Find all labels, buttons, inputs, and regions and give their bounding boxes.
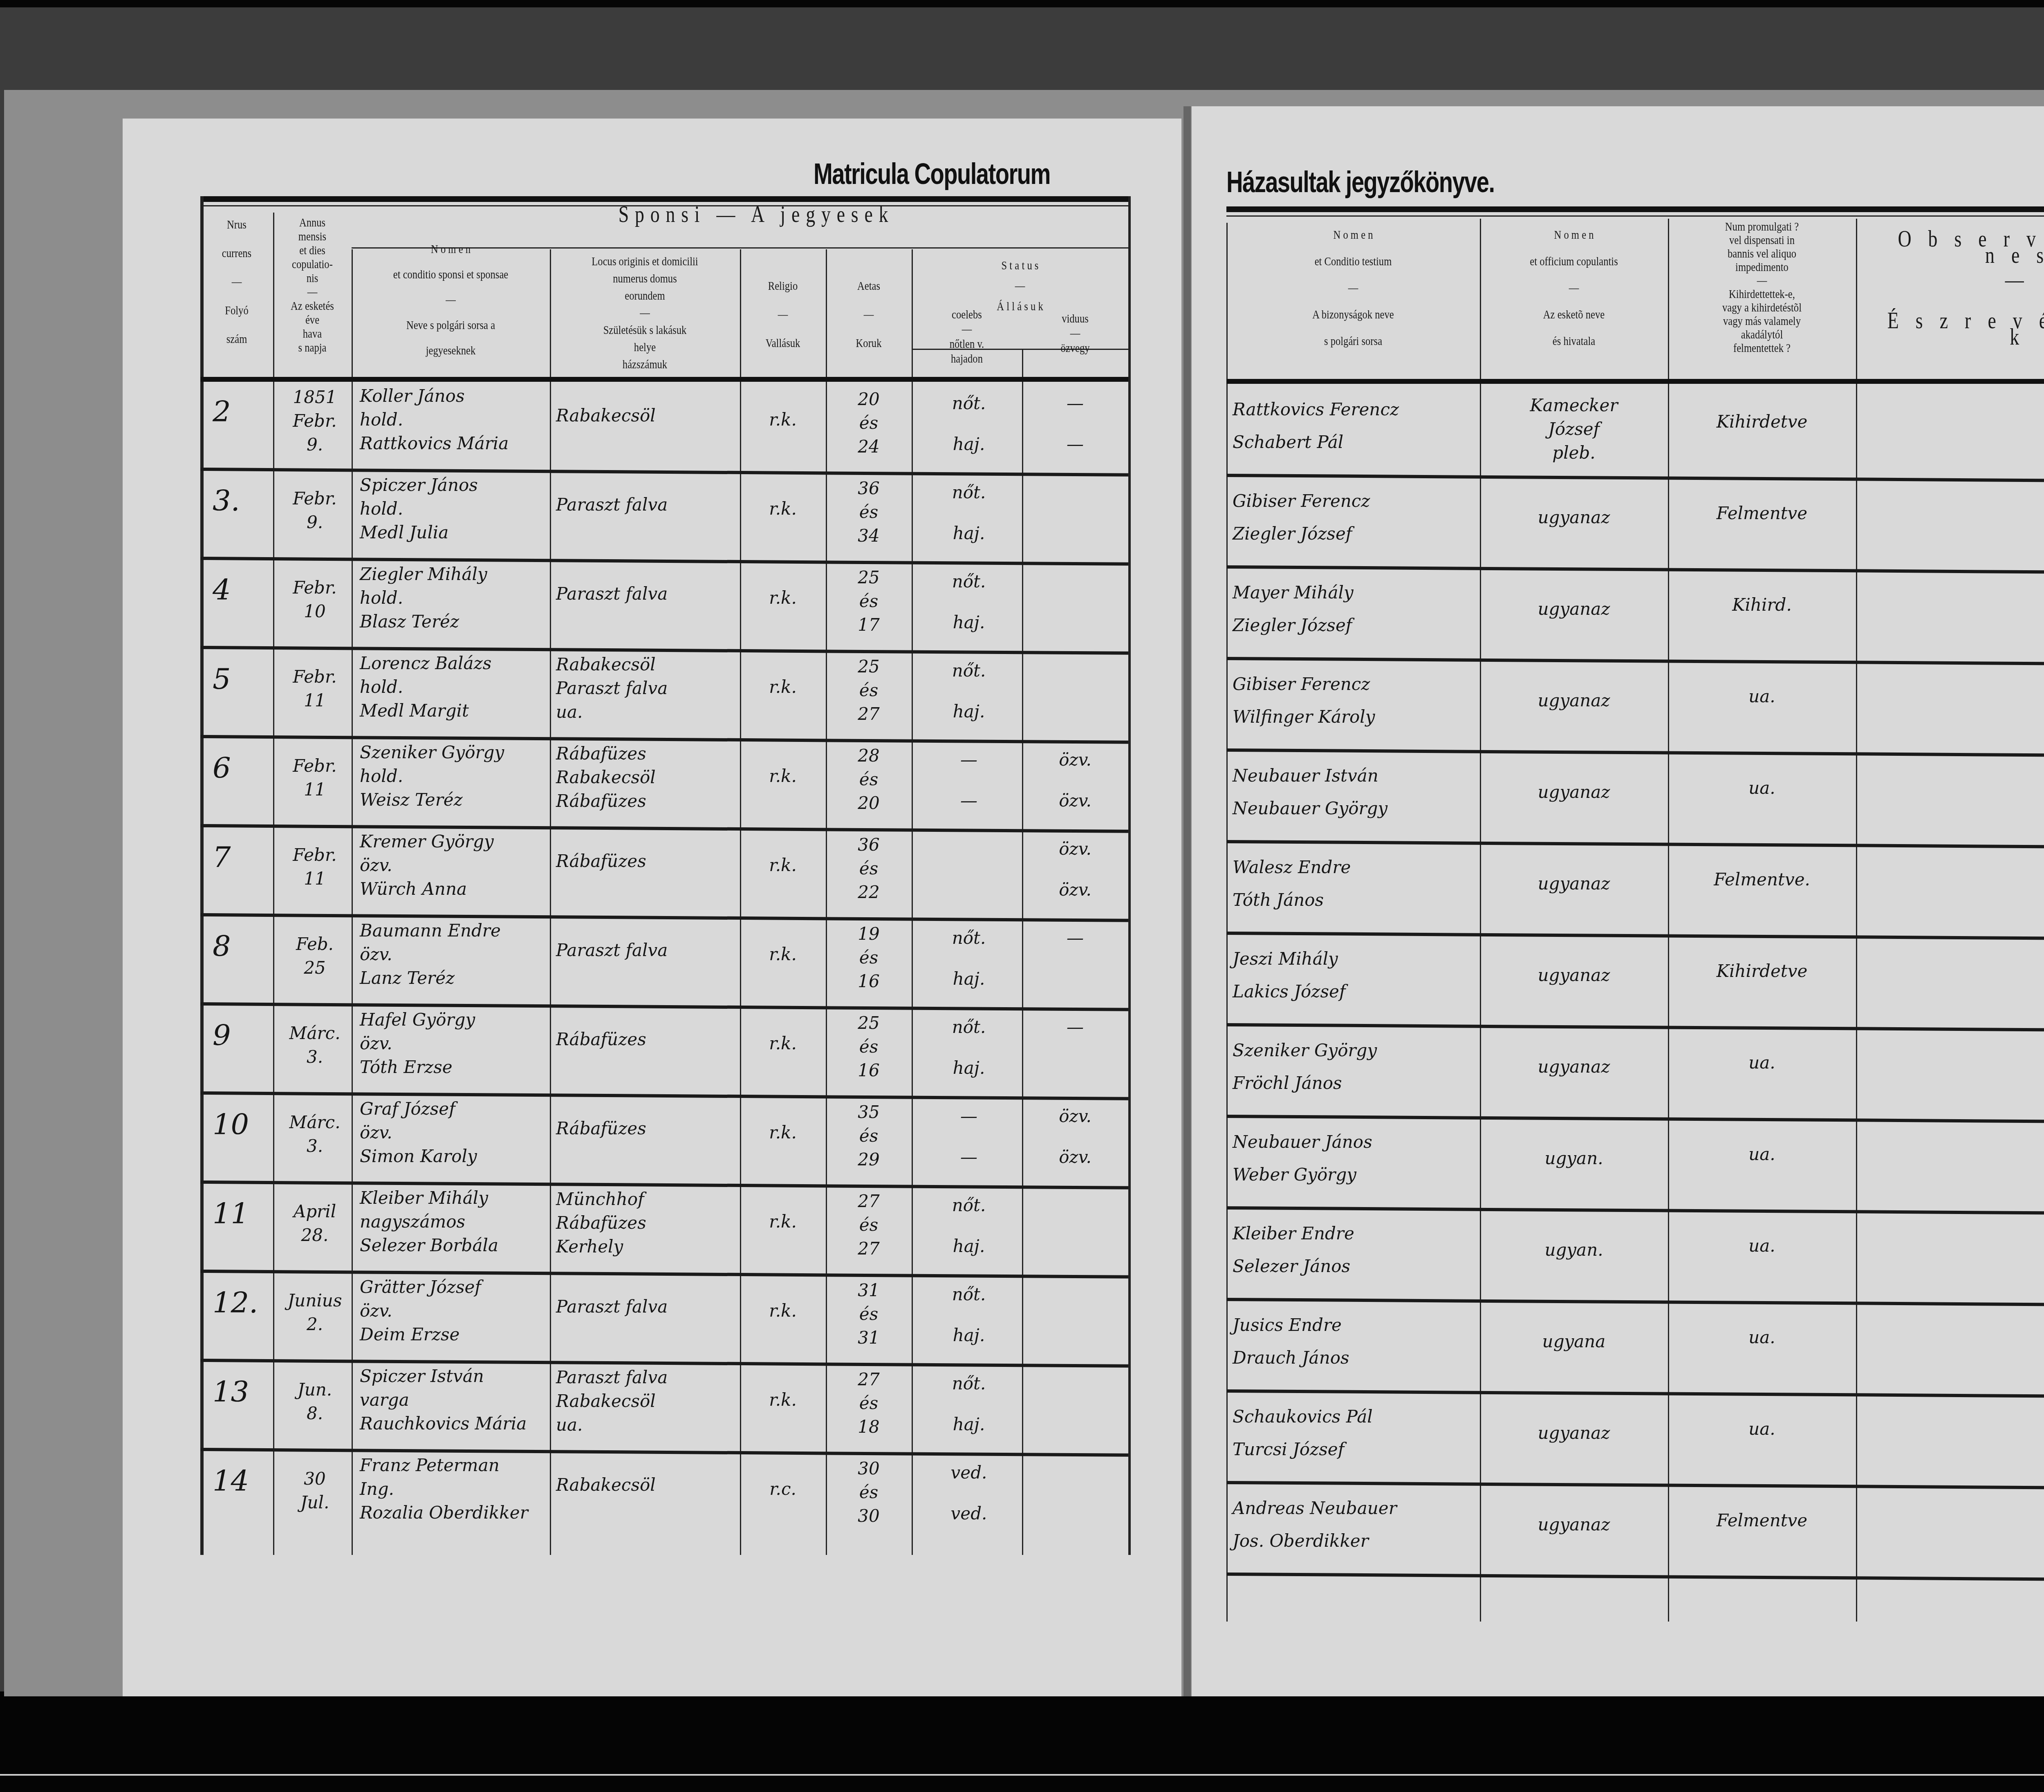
witness-names: Weber György — [1233, 1164, 1478, 1186]
status-single: haj. — [916, 968, 1022, 990]
status-single: nőt. — [916, 927, 1022, 949]
religion: r.k. — [744, 676, 822, 698]
column-header-viduus: — — [1031, 325, 1118, 342]
right-page-title: Házasultak jegyzőkönyve. — [1226, 166, 1494, 199]
origin-domicile: Rabakecsöl — [556, 1474, 736, 1496]
witness-names: Schaukovics Pál — [1233, 1406, 1478, 1428]
column-header-aetas: — — [834, 307, 904, 323]
column-header-name: et conditio sponsi et sponsae — [370, 267, 532, 283]
origin-domicile: ua. — [556, 701, 736, 723]
column-header-name: Neve s polgári sorsa a — [370, 317, 532, 334]
spouse-names: Rauchkovics Mária — [360, 1413, 548, 1435]
column-header-locus: numerus domus — [567, 271, 723, 287]
column-header-date: s napja — [280, 340, 344, 356]
banns-status: Kihirdetve — [1672, 960, 1852, 982]
marriage-date: Febr. — [282, 488, 347, 510]
spouse-names: Graf József — [360, 1098, 548, 1120]
ages: 27 — [830, 703, 908, 725]
observations-cell — [1860, 573, 2044, 665]
ages: 36 — [830, 834, 908, 856]
origin-domicile: Paraszt falva — [556, 677, 736, 699]
column-header-nr: Nrus — [207, 217, 267, 233]
officiant: ugyana — [1484, 1331, 1664, 1353]
banns-status: ua. — [1672, 777, 1852, 799]
spouse-names: Lanz Teréz — [360, 967, 548, 989]
column-header-religio: Religio — [748, 278, 818, 294]
ages: és — [830, 1036, 908, 1058]
observations-cell — [1860, 482, 2044, 573]
spouse-names: hold. — [360, 676, 548, 698]
marriage-date: Márc. — [282, 1111, 347, 1133]
spouse-names: özv. — [360, 854, 548, 876]
right-column-header-promulgati: felmentettek ? — [1685, 340, 1839, 356]
entry-number: 6 — [213, 757, 231, 779]
officiant: ugyanaz — [1484, 873, 1664, 895]
marriage-date: Jul. — [282, 1492, 347, 1514]
left-page-title: Matricula Copulatorum — [814, 157, 1050, 191]
origin-domicile: Rabakecsöl — [556, 405, 736, 427]
witness-names: Jeszi Mihály — [1233, 948, 1478, 970]
witness-names: Turcsi József — [1233, 1438, 1478, 1460]
column-header-aetas: Koruk — [834, 335, 904, 352]
entry-number: 7 — [213, 846, 231, 868]
ages: és — [830, 768, 908, 791]
observations-cell — [1860, 1489, 2044, 1581]
entry-number: 8 — [213, 935, 231, 957]
marriage-date: 11 — [282, 868, 347, 890]
origin-domicile: Paraszt falva — [556, 939, 736, 961]
status-single: nőt. — [916, 660, 1022, 682]
entry-number: 5 — [213, 668, 231, 690]
officiant: Kamecker — [1484, 394, 1664, 417]
ages: és — [830, 1303, 908, 1325]
witness-names: Ziegler József — [1233, 614, 1478, 636]
ages: 25 — [830, 656, 908, 678]
status-widowed: özv. — [1024, 1105, 1126, 1127]
origin-domicile: Rábafüzes — [556, 1212, 736, 1234]
spouse-names: Blasz Teréz — [360, 611, 548, 633]
spouse-names: Kleiber Mihály — [360, 1187, 548, 1209]
banns-status: ua. — [1672, 1326, 1852, 1348]
officiant: pleb. — [1484, 442, 1664, 464]
column-header-coelebs: — — [921, 321, 1012, 338]
banns-status: Felmentve — [1672, 1510, 1852, 1532]
column-header-nr: currens — [207, 245, 267, 262]
ages: és — [830, 412, 908, 434]
ages: 30 — [830, 1505, 908, 1527]
spouse-names: Ziegler Mihály — [360, 563, 548, 585]
right-column-header-copulans: Az esketõ neve — [1497, 307, 1651, 323]
marriage-date: Febr. — [282, 666, 347, 688]
status-single: ved. — [916, 1462, 1022, 1484]
column-header-locus: házszámuk — [567, 356, 723, 373]
right-column-header-testes: — — [1249, 280, 1457, 296]
observations-cell — [1860, 390, 2044, 482]
witness-names: Neubauer János — [1233, 1131, 1478, 1153]
witness-names: Lakics József — [1233, 981, 1478, 1003]
marriage-date: 28. — [282, 1224, 347, 1246]
spouse-names: nagyszámos — [360, 1211, 548, 1233]
origin-domicile: Paraszt falva — [556, 583, 736, 605]
marriage-date: 3. — [282, 1135, 347, 1157]
column-header-viduus: viduus — [1031, 311, 1118, 327]
religion: r.k. — [744, 943, 822, 965]
marriage-date: 10 — [282, 600, 347, 623]
witness-names: Andreas Neubauer — [1233, 1497, 1478, 1519]
ages: és — [830, 1214, 908, 1236]
entry-number: 14 — [213, 1470, 249, 1492]
right-header-rule-thin — [1226, 215, 2044, 217]
column-header-status: S t a t u s — [931, 258, 1109, 274]
sponsi-header: Sponsi — A jegyesek — [572, 206, 941, 223]
right-column-header-observationes: O b s e r v a t i o n e s — [1885, 231, 2044, 264]
origin-domicile: Paraszt falva — [556, 1366, 736, 1389]
origin-domicile: Kerhely — [556, 1236, 736, 1258]
status-widowed: özv. — [1024, 838, 1126, 860]
religion: r.k. — [744, 1389, 822, 1411]
officiant: ugyanaz — [1484, 781, 1664, 803]
right-column-header-testes: N o m e n — [1249, 227, 1457, 243]
column-header-name: jegyeseknek — [370, 343, 532, 359]
entry-number: 4 — [213, 579, 231, 601]
ages: 35 — [830, 1101, 908, 1123]
officiant: ugyanaz — [1484, 1514, 1664, 1536]
religion: r.k. — [744, 1300, 822, 1322]
entry-number: 2 — [213, 401, 231, 423]
officiant: ugyanaz — [1484, 690, 1664, 712]
marriage-date: Feb. — [282, 933, 347, 955]
banns-status: Kihirdetve — [1672, 411, 1852, 433]
column-header-religio: Vallásuk — [748, 335, 818, 352]
spouse-names: Selezer Borbála — [360, 1234, 548, 1257]
officiant: ugyan. — [1484, 1239, 1664, 1261]
spouse-names: Würch Anna — [360, 878, 548, 900]
observations-cell — [1860, 665, 2044, 757]
header-rule — [200, 196, 1128, 202]
book-gutter — [1183, 106, 1191, 1696]
status-widowed: — — [1024, 927, 1126, 949]
spouse-names: Franz Peterman — [360, 1454, 548, 1476]
ages: 25 — [830, 1012, 908, 1034]
ages: 28 — [830, 745, 908, 767]
witness-names: Jusics Endre — [1233, 1314, 1478, 1336]
marriage-date: 2. — [282, 1313, 347, 1335]
banns-status: ua. — [1672, 1052, 1852, 1074]
column-header-coelebs: nőtlen v. — [921, 336, 1012, 352]
marriage-date: Jun. — [282, 1379, 347, 1401]
ages: és — [830, 947, 908, 969]
spouse-names: Szeniker György — [360, 741, 548, 764]
column-header-locus: helye — [567, 339, 723, 356]
column-header-aetas: Aetas — [834, 278, 904, 294]
spouse-names: Baumann Endre — [360, 920, 548, 942]
ages: és — [830, 1392, 908, 1414]
spouse-names: Rattkovics Mária — [360, 432, 548, 455]
banns-status: Felmentve — [1672, 502, 1852, 524]
marriage-date: 25 — [282, 957, 347, 979]
spouse-names: Grätter József — [360, 1276, 548, 1298]
marriage-date: 11 — [282, 690, 347, 712]
ages: és — [830, 858, 908, 880]
status-widowed: özv. — [1024, 879, 1126, 901]
banns-status: ua. — [1672, 1143, 1852, 1165]
ages: és — [830, 1481, 908, 1503]
status-single: — — [916, 790, 1022, 812]
religion: r.k. — [744, 1033, 822, 1055]
religion: r.k. — [744, 587, 822, 609]
right-header-rule — [1226, 206, 2044, 212]
ages: 22 — [830, 881, 908, 903]
status-single: haj. — [916, 701, 1022, 723]
status-widowed: özv. — [1024, 790, 1126, 812]
officiant: ugyanaz — [1484, 1056, 1664, 1078]
spouse-names: varga — [360, 1389, 548, 1411]
observations-cell — [1860, 1306, 2044, 1398]
column-header-viduus: özvegy — [1031, 340, 1118, 356]
origin-domicile: Rábafüzes — [556, 1118, 736, 1140]
religion: r.c. — [744, 1478, 822, 1500]
ages: 16 — [830, 1060, 908, 1082]
witness-names: Drauch János — [1233, 1347, 1478, 1369]
marriage-date: 1851 — [282, 386, 347, 408]
witness-names: Neubauer György — [1233, 797, 1478, 820]
origin-domicile: Paraszt falva — [556, 494, 736, 516]
officiant: ugyanaz — [1484, 506, 1664, 529]
marriage-date: Junius — [282, 1290, 347, 1312]
spouse-names: Medl Julia — [360, 522, 548, 544]
right-column-header-observationes: — — [1885, 272, 2044, 288]
origin-domicile: Rábafüzes — [556, 1028, 736, 1051]
column-header-nr: szám — [207, 331, 267, 347]
status-single: nőt. — [916, 482, 1022, 504]
spouse-names: Lorencz Balázs — [360, 652, 548, 674]
spouse-names: Spiczer János — [360, 474, 548, 496]
ages: 36 — [830, 477, 908, 500]
entry-number: 11 — [213, 1203, 249, 1225]
ages: 25 — [830, 567, 908, 589]
column-header-status: — — [931, 278, 1109, 294]
marriage-date: 11 — [282, 779, 347, 801]
spouse-names: Medl Margit — [360, 700, 548, 722]
origin-domicile: Rabakecsöl — [556, 654, 736, 676]
column-header-locus: — — [567, 305, 723, 321]
right-header-bottom-rule — [1226, 379, 2044, 384]
witness-names: Walesz Endre — [1233, 856, 1478, 878]
witness-names: Kleiber Endre — [1233, 1223, 1478, 1245]
witness-names: Mayer Mihály — [1233, 582, 1478, 604]
observations-cell — [1860, 1398, 2044, 1489]
religion: r.k. — [744, 498, 822, 520]
ages: 29 — [830, 1149, 908, 1171]
spouse-names: Hafel György — [360, 1009, 548, 1031]
origin-domicile: Rábafüzes — [556, 790, 736, 812]
observations-cell — [1860, 940, 2044, 1031]
status-single: — — [916, 749, 1022, 771]
officiant: ugyan. — [1484, 1147, 1664, 1169]
entry-number: 9 — [213, 1024, 231, 1046]
column-header-coelebs: coelebs — [921, 307, 1012, 323]
witness-names: Tóth János — [1233, 889, 1478, 911]
column-header-nr: Folyó — [207, 302, 267, 319]
origin-domicile: Rabakecsöl — [556, 766, 736, 788]
column-header-name: N o m e n — [370, 241, 532, 258]
status-widowed: özv. — [1024, 1146, 1126, 1168]
column-header-name: — — [370, 292, 532, 308]
ages: 34 — [830, 525, 908, 547]
ages: 17 — [830, 614, 908, 636]
ages: 20 — [830, 388, 908, 410]
column-header-coelebs: hajadon — [921, 351, 1012, 367]
status-single: haj. — [916, 612, 1022, 634]
spouse-names: Koller János — [360, 385, 548, 407]
ages: 31 — [830, 1327, 908, 1349]
banns-status: Felmentve. — [1672, 869, 1852, 891]
status-widowed: — — [1024, 392, 1126, 414]
witness-names: Fröchl János — [1233, 1072, 1478, 1094]
ages: 30 — [830, 1458, 908, 1480]
origin-domicile: Rábafüzes — [556, 743, 736, 765]
origin-domicile: ua. — [556, 1414, 736, 1436]
status-widowed: özv. — [1024, 749, 1126, 771]
religion: r.k. — [744, 409, 822, 431]
ages: és — [830, 679, 908, 701]
column-header-locus: Születésük s lakásuk — [567, 322, 723, 338]
spouse-names: hold. — [360, 765, 548, 787]
status-single: — — [916, 1105, 1022, 1127]
marriage-date: Febr. — [282, 755, 347, 777]
spouse-names: özv. — [360, 1122, 548, 1144]
right-column-header-testes: A bizonyságok neve — [1249, 307, 1457, 323]
ages: 19 — [830, 923, 908, 945]
ages: 24 — [830, 436, 908, 458]
right-column-header-testes: et Conditio testium — [1249, 253, 1457, 270]
observations-cell — [1860, 1214, 2044, 1306]
column-header-nr: — — [207, 274, 267, 290]
status-single: haj. — [916, 1235, 1022, 1257]
witness-names: Neubauer István — [1233, 765, 1478, 787]
marriage-date: Febr. — [282, 577, 347, 599]
spouse-names: Tóth Erzse — [360, 1056, 548, 1078]
status-single: haj. — [916, 1413, 1022, 1436]
entry-number: 10 — [213, 1113, 249, 1136]
entry-number: 13 — [213, 1381, 249, 1403]
ages: 31 — [830, 1279, 908, 1301]
marriage-date: Febr. — [282, 410, 347, 432]
spouse-names: Spiczer István — [360, 1365, 548, 1387]
banns-status: ua. — [1672, 1418, 1852, 1440]
spouse-names: özv. — [360, 1300, 548, 1322]
ages: és — [830, 501, 908, 523]
banns-status: ua. — [1672, 1235, 1852, 1257]
film-edge-strip — [0, 1774, 2044, 1776]
spouse-names: hold. — [360, 409, 548, 431]
status-single: nőt. — [916, 1194, 1022, 1216]
ages: 16 — [830, 970, 908, 992]
observations-cell — [1860, 1123, 2044, 1214]
table-right-border — [1128, 196, 1131, 1555]
marriage-date: April — [282, 1201, 347, 1223]
column-header-locus: eorundem — [567, 288, 723, 304]
ages: és — [830, 1125, 908, 1147]
witness-names: Rattkovics Ferencz — [1233, 399, 1478, 421]
witness-names: Gibiser Ferencz — [1233, 490, 1478, 512]
status-single: ved. — [916, 1503, 1022, 1525]
status-single: nőt. — [916, 1016, 1022, 1038]
observations-cell — [1860, 1031, 2044, 1123]
witness-names: Wilfinger Károly — [1233, 706, 1478, 728]
column-header-religio: — — [748, 307, 818, 323]
origin-domicile: Rabakecsöl — [556, 1390, 736, 1412]
marriage-date: 8. — [282, 1402, 347, 1425]
marriage-date: 30 — [282, 1468, 347, 1490]
religion: r.k. — [744, 854, 822, 876]
spouse-names: özv. — [360, 1033, 548, 1055]
spouse-names: Rozalia Oberdikker — [360, 1502, 548, 1524]
origin-domicile: Rábafüzes — [556, 850, 736, 872]
status-single: nőt. — [916, 1284, 1022, 1306]
marriage-date: Márc. — [282, 1022, 347, 1044]
right-column-header-copulans: et officium copulantis — [1497, 253, 1651, 270]
status-single: haj. — [916, 522, 1022, 544]
religion: r.k. — [744, 1122, 822, 1144]
spouse-names: özv. — [360, 943, 548, 965]
witness-names: Schabert Pál — [1233, 431, 1478, 453]
origin-domicile: Paraszt falva — [556, 1296, 736, 1318]
witness-names: Gibiser Ferencz — [1233, 673, 1478, 695]
right-column-header-copulans: — — [1497, 280, 1651, 296]
spouse-names: Simon Karoly — [360, 1145, 548, 1167]
status-widowed: — — [1024, 1016, 1126, 1038]
status-single: nőt. — [916, 1373, 1022, 1395]
observations-cell — [1860, 848, 2044, 940]
right-column-header-copulans: és hivatala — [1497, 333, 1651, 349]
religion: r.k. — [744, 1211, 822, 1233]
banns-status: Kihird. — [1672, 594, 1852, 616]
status-widowed: — — [1024, 433, 1126, 455]
marriage-date: 3. — [282, 1046, 347, 1068]
right-column-header-testes: s polgári sorsa — [1249, 333, 1457, 349]
status-single: nőt. — [916, 392, 1022, 414]
religion: r.k. — [744, 765, 822, 787]
spouse-names: hold. — [360, 587, 548, 609]
spouse-names: Deim Erzse — [360, 1324, 548, 1346]
marriage-date: 9. — [282, 434, 347, 456]
ages: 27 — [830, 1369, 908, 1391]
ages: és — [830, 590, 908, 612]
ages: 18 — [830, 1416, 908, 1438]
status-single: haj. — [916, 1057, 1022, 1079]
ages: 20 — [830, 792, 908, 814]
entry-number: 3. — [213, 490, 240, 512]
entry-number: 12. — [213, 1292, 258, 1314]
marriage-date: 9. — [282, 511, 347, 533]
observations-cell — [1860, 757, 2044, 848]
ages: 27 — [830, 1190, 908, 1212]
officiant: ugyanaz — [1484, 964, 1664, 986]
status-single: — — [916, 1146, 1022, 1168]
spouse-names: hold. — [360, 498, 548, 520]
banns-status: ua. — [1672, 685, 1852, 708]
status-single: haj. — [916, 433, 1022, 455]
right-column-header-observationes: É s z r e v é t e l e k — [1885, 313, 2044, 345]
status-single: haj. — [916, 1324, 1022, 1346]
witness-names: Selezer János — [1233, 1255, 1478, 1277]
spouse-names: Kremer György — [360, 831, 548, 853]
origin-domicile: Münchhof — [556, 1188, 736, 1210]
spouse-names: Weisz Teréz — [360, 789, 548, 811]
officiant: ugyanaz — [1484, 1422, 1664, 1444]
witness-names: Szeniker György — [1233, 1039, 1478, 1062]
